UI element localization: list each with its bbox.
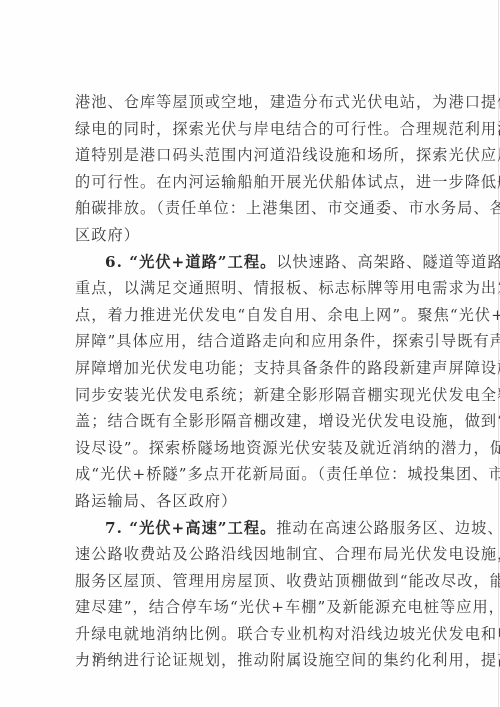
text-line: 的可行性。在内河运输船舶开展光伏船体试点，进一步降低船 — [75, 169, 419, 196]
text-line: 升绿电就地消纳比例。联合专业机构对沿线边坡光伏发电和电 — [75, 621, 419, 648]
section-7-intro: 推动在高速公路服务区、边坡、高 — [276, 519, 500, 537]
section-7-heading: 7. “光伏+高速”工程。 — [105, 519, 276, 537]
text-line: 路运输局、各区政府） — [75, 488, 419, 515]
section-6-intro: 以快速路、高架路、隧道等道路为 — [276, 253, 500, 271]
text-line: 成“光伏+桥隧”多点开花新局面。（责任单位：城投集团、市道 — [75, 461, 419, 488]
section-7-first-line: 7. “光伏+高速”工程。推动在高速公路服务区、边坡、高 — [75, 515, 419, 542]
text-line: 服务区屋顶、管理用房屋顶、收费站顶棚做到“能改尽改，能 — [75, 568, 419, 595]
text-line: 屏障增加光伏发电功能；支持具备条件的路段新建声屏障设施 — [75, 355, 419, 382]
text-line: 设尽设”。探索桥隧场地资源光伏安装及就近消纳的潜力，促 — [75, 435, 419, 462]
text-line: 同步安装光伏发电系统；新建全影形隔音棚实现光伏发电全覆 — [75, 382, 419, 409]
text-line: 道特别是港口码头范围内河道沿线设施和场所，探索光伏应用 — [75, 142, 419, 169]
text-line: 建尽建”，结合停车场“光伏+车棚”及新能源充电桩等应用，提 — [75, 594, 419, 621]
text-line: 区政府） — [75, 222, 419, 249]
text-line: 重点，以满足交通照明、情报板、标志标牌等用电需求为出发 — [75, 275, 419, 302]
text-line: 绿电的同时，探索光伏与岸电结合的可行性。合理规范利用河 — [75, 116, 419, 143]
text-line: 点，着力推进光伏发电“自发自用、余电上网”。聚焦“光伏+声 — [75, 302, 419, 329]
text-line: 盖；结合既有全影形隔音棚改建，增设光伏发电设施，做到“能 — [75, 408, 419, 435]
section-6-heading: 6. “光伏+道路”工程。 — [105, 253, 276, 271]
text-line: 舶碳排放。（责任单位：上港集团、市交通委、市水务局、各 — [75, 195, 419, 222]
page-number: — 6 — — [76, 651, 118, 665]
text-line: 屏障”具体应用，结合道路走向和应用条件，探索引导既有声 — [75, 328, 419, 355]
document-page: 港池、仓库等屋顶或空地，建造分布式光伏电站，为港口提供 绿电的同时，探索光伏与岸… — [0, 0, 500, 707]
text-line: 港池、仓库等屋顶或空地，建造分布式光伏电站，为港口提供 — [75, 89, 419, 116]
section-6-first-line: 6. “光伏+道路”工程。以快速路、高架路、隧道等道路为 — [75, 249, 419, 276]
document-body: 港池、仓库等屋顶或空地，建造分布式光伏电站，为港口提供 绿电的同时，探索光伏与岸… — [75, 89, 419, 674]
text-line: 力消纳进行论证规划，推动附属设施空间的集约化利用，提高 — [75, 647, 419, 674]
text-line: 速公路收费站及公路沿线因地制宜、合理布局光伏发电设施， — [75, 541, 419, 568]
